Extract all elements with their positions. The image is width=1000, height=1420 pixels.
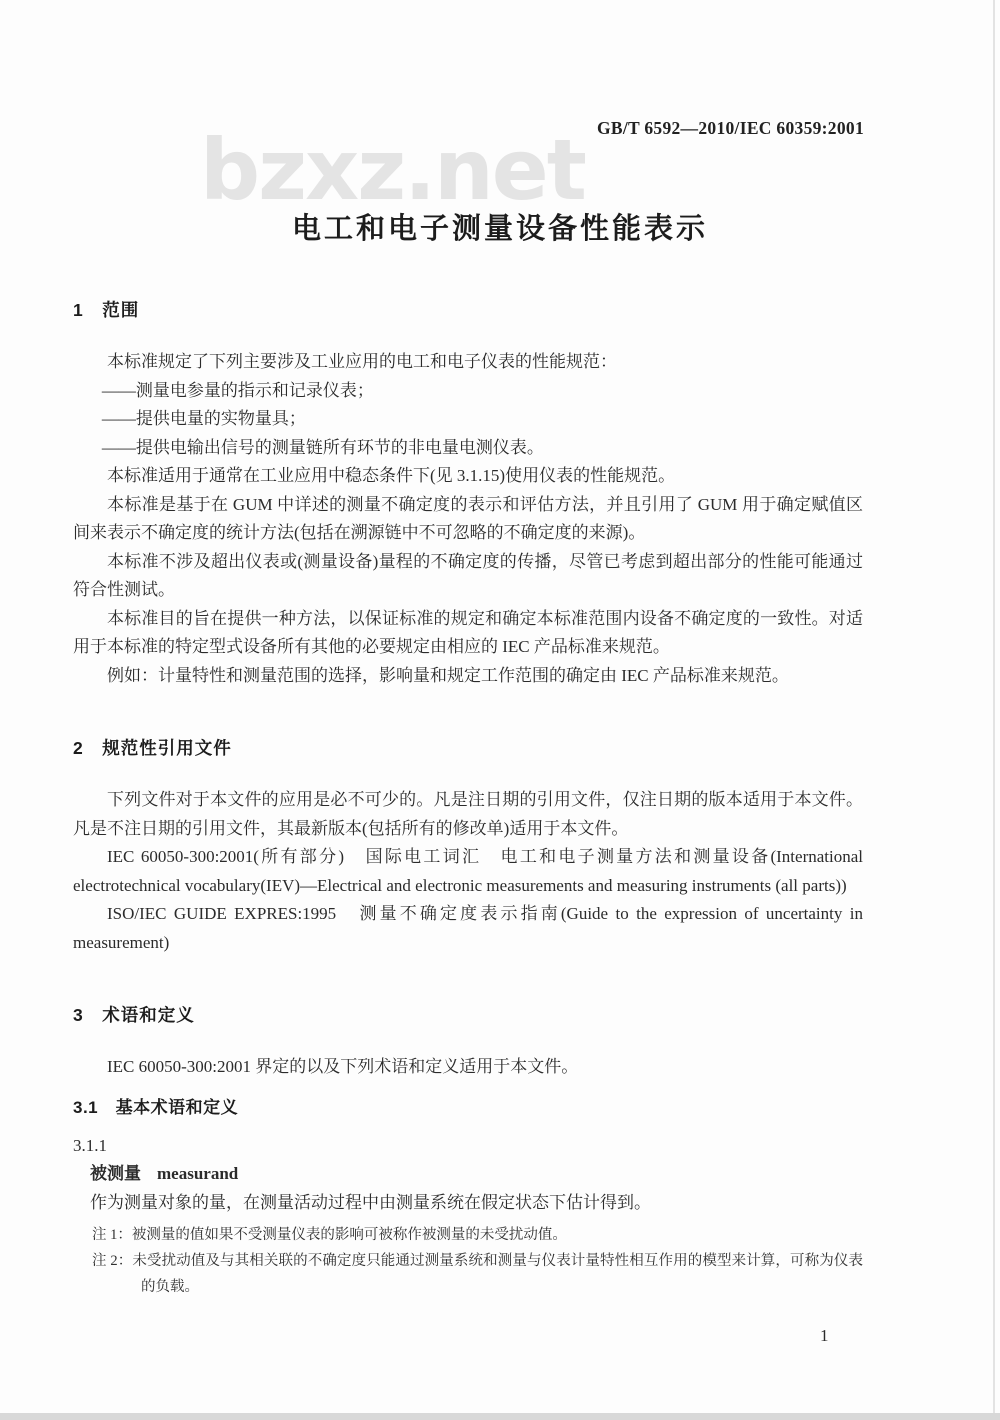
note-2: 注 2：未受扰动值及与其相关联的不确定度只能通过测量系统和测量与仪表计量特性相互… [92,1248,863,1300]
scope-intro-paragraph: 本标准规定了下列主要涉及工业应用的电工和电子仪表的性能规范： [73,348,863,377]
scan-right-edge [993,0,995,1420]
document-title: 电工和电子测量设备性能表示 [0,206,1000,247]
term-line: 被测量measurand [73,1160,863,1189]
term-chinese: 被测量 [90,1164,141,1183]
note-2-label: 注 2： [92,1253,132,1269]
standard-number-header: GB/T 6592—2010/IEC 60359:2001 [0,118,864,139]
note-2-text: 未受扰动值及与其相关联的不确定度只能通过测量系统和测量与仪表计量特性相互作用的模… [132,1253,863,1295]
scope-dash-item-3: ——提供电输出信号的测量链所有环节的非电量电测仪表。 [73,434,863,463]
scanned-standard-page: { "doc": { "header": "GB/T 6592—2010/IEC… [0,0,1000,1420]
section-3-1-heading: 3.1 基本术语和定义 [73,1094,863,1122]
clause-3-1-1-number: 3.1.1 [73,1132,863,1161]
section-2-heading: 2 规范性引用文件 [73,734,863,762]
terms-intro-paragraph: IEC 60050-300:2001 界定的以及下列术语和定义适用于本文件。 [73,1053,863,1082]
scope-paragraph-4: 本标准不涉及超出仪表或(测量设备)量程的不确定度的传播，尽管已考虑到超出部分的性… [73,548,863,605]
reference-iso-iec-guide: ISO/IEC GUIDE EXPRES:1995 测量不确定度表示指南(Gui… [73,900,863,957]
note-1-text: 被测量的值如果不受测量仪表的影响可被称作被测量的未受扰动值。 [132,1227,567,1243]
reference-iec-60050: IEC 60050-300:2001(所有部分) 国际电工词汇 电工和电子测量方… [73,843,863,900]
scope-example-paragraph: 例如：计量特性和测量范围的选择，影响量和规定工作范围的确定由 IEC 产品标准来… [73,662,863,691]
page-number: 1 [820,1326,829,1346]
term-definition: 作为测量对象的量，在测量活动过程中由测量系统在假定状态下估计得到。 [73,1189,863,1218]
scope-paragraph-5: 本标准目的旨在提供一种方法，以保证标准的规定和确定本标准范围内设备不确定度的一致… [73,605,863,662]
scan-bottom-edge [0,1413,1000,1420]
scope-paragraph-3: 本标准是基于在 GUM 中详述的测量不确定度的表示和评估方法，并且引用了 GUM… [73,491,863,548]
scope-dash-item-2: ——提供电量的实物量具； [73,405,863,434]
normative-references-intro: 下列文件对于本文件的应用是必不可少的。凡是注日期的引用文件，仅注日期的版本适用于… [73,786,863,843]
term-english: measurand [157,1164,238,1183]
note-1-label: 注 1： [92,1227,132,1243]
scope-paragraph-2: 本标准适用于通常在工业应用中稳态条件下(见 3.1.15)使用仪表的性能规范。 [73,462,863,491]
note-1: 注 1：被测量的值如果不受测量仪表的影响可被称作被测量的未受扰动值。 [92,1222,863,1248]
section-3-heading: 3 术语和定义 [73,1001,863,1029]
section-1-heading: 1 范围 [73,296,863,324]
watermark-text: bzxz.net [200,128,585,212]
document-body: 1 范围 本标准规定了下列主要涉及工业应用的电工和电子仪表的性能规范： ——测量… [73,296,863,1300]
scope-dash-item-1: ——测量电参量的指示和记录仪表； [73,377,863,406]
